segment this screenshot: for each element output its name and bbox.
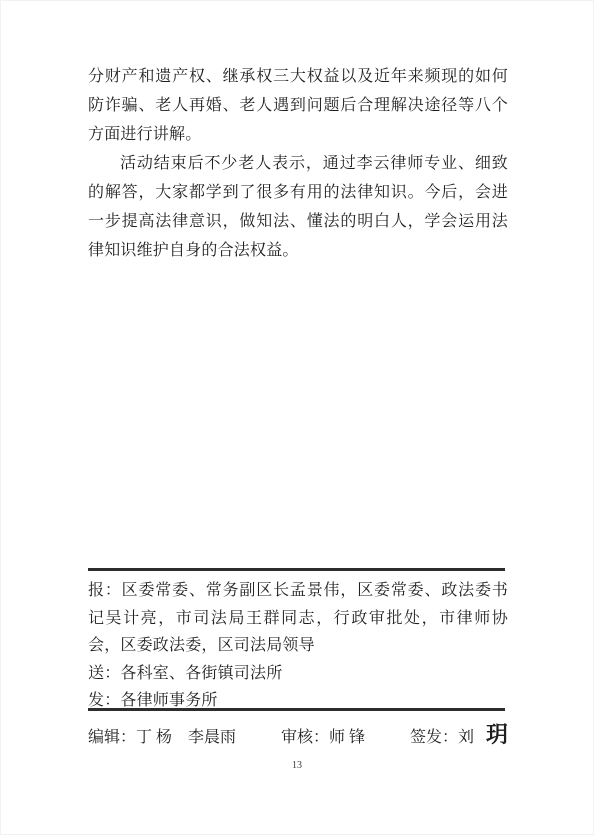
signoff-row: 编辑： 丁 杨 李晨雨 审核： 师 锋 签发： 刘 玥	[88, 718, 508, 749]
paragraph-continuation: 分财产和遗产权、继承权三大权益以及近年来频现的如何防诈骗、老人再婚、老人遇到问题…	[88, 62, 508, 149]
distribution-block: 报：区委常委、常务副区长孟景伟，区委常委、政法委书记吴计亮，市司法局王群同志，行…	[88, 577, 508, 715]
paragraph: 活动结束后不少老人表示，通过李云律师专业、细致的解答，大家都学到了很多有用的法律…	[88, 149, 508, 265]
document-page: 分财产和遗产权、继承权三大权益以及近年来频现的如何防诈骗、老人再婚、老人遇到问题…	[0, 0, 594, 835]
page-number: 13	[0, 760, 594, 771]
editor-label: 编辑：	[88, 724, 136, 747]
distribution-report: 报：区委常委、常务副区长孟景伟，区委常委、政法委书记吴计亮，市司法局王群同志，行…	[88, 577, 508, 660]
issue-recipients: 各律师事务所	[120, 692, 217, 709]
send-recipients: 各科室、各街镇司法所	[120, 665, 282, 682]
editor-group: 编辑： 丁 杨 李晨雨	[88, 724, 236, 747]
separator-line-top	[88, 568, 505, 571]
separator-line-bottom	[88, 708, 505, 711]
report-recipients: 区委常委、常务副区长孟景伟，区委常委、政法委书记吴计亮，市司法局王群同志，行政审…	[88, 582, 508, 654]
editor-names: 丁 杨 李晨雨	[136, 724, 236, 747]
issuer-name: 刘	[458, 724, 474, 747]
reviewer-name: 师 锋	[329, 724, 365, 747]
reviewer-group: 审核： 师 锋	[281, 724, 365, 747]
issuer-label: 签发：	[410, 724, 458, 747]
issuer-signature: 玥	[486, 718, 508, 749]
body-text: 分财产和遗产权、继承权三大权益以及近年来频现的如何防诈骗、老人再婚、老人遇到问题…	[88, 62, 508, 265]
issue-label: 发：	[88, 692, 120, 709]
issuer-group: 签发： 刘 玥	[410, 718, 508, 749]
send-label: 送：	[88, 665, 120, 682]
report-label: 报：	[88, 582, 122, 599]
distribution-send: 送：各科室、各街镇司法所	[88, 660, 508, 688]
reviewer-label: 审核：	[281, 724, 329, 747]
